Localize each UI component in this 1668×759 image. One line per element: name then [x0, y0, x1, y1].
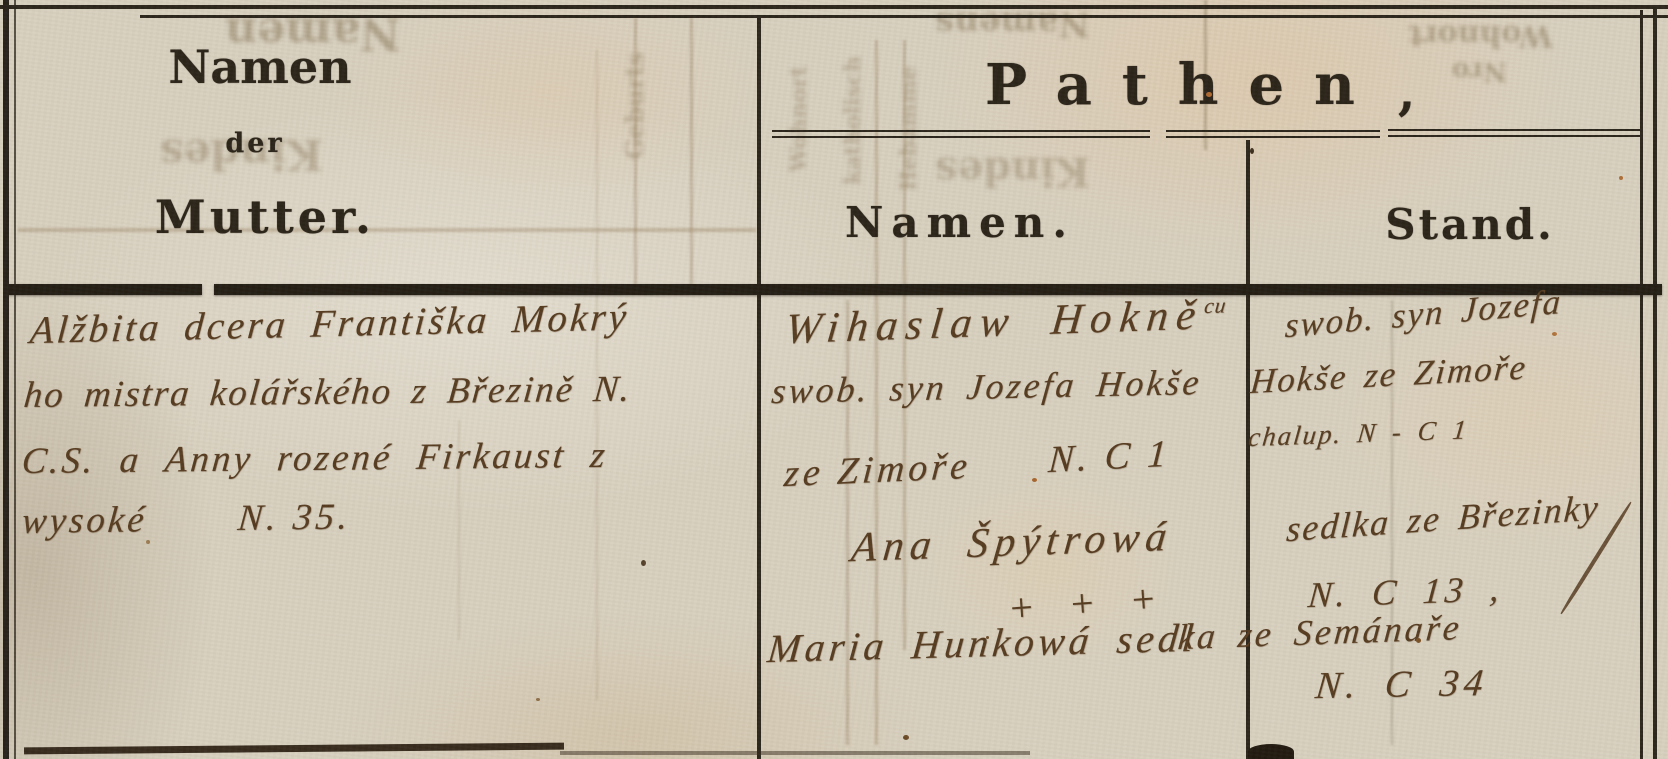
entry-stand-line-7: N. C 34 [1313, 661, 1490, 708]
godparent1-name-superscript: cu [1203, 293, 1228, 318]
bleedthrough-rule-vertical [690, 18, 693, 288]
paper-speck [903, 735, 909, 740]
entry-stand-line-6: ka ze Semánaře [1176, 606, 1463, 658]
entry-stand-line-2: Hokše ze Zimoře [1248, 347, 1528, 402]
entry-godparent1-status: swob. syn Jozefa Hokše [770, 361, 1204, 412]
header-bottom-rule-segment [8, 284, 202, 295]
entry-stand-line-3: chalup. N - C 1 [1247, 414, 1470, 453]
left-border-line-inner [14, 0, 16, 759]
paper-speck [536, 698, 540, 701]
column-subheader-stand: Stand. [1320, 200, 1620, 249]
entry-mother-line-4-housenumber: N. 35. [236, 495, 353, 540]
entry-mother-line-2: ho mistra kolářského z Březině N. [22, 368, 634, 417]
bleedthrough-ghost-text: Nro [1452, 56, 1507, 86]
paper-speck [1032, 478, 1037, 482]
next-row-ink-blob [1248, 744, 1294, 759]
bleedthrough-ghost-text-vertical: Hebamme [896, 66, 922, 191]
entry-mother-line-1: Alžbita dcera Františka Mokrý [28, 294, 631, 353]
right-border-line-outer [1653, 6, 1657, 759]
column-divider-mutter-pathen [757, 18, 761, 759]
bleedthrough-ghost-text-vertical: katholisch [840, 56, 866, 185]
row-bottom-rule-segment [24, 743, 564, 755]
column-header-mother-word1: Namen [130, 40, 390, 94]
paper-speck [641, 560, 646, 566]
entry-stand-line-4: sedlka ze Březinky [1285, 486, 1601, 550]
paper-speck [1552, 332, 1557, 336]
column-header-pathen-comma: , [1398, 62, 1415, 121]
top-border-line-inner [140, 15, 1668, 18]
bleedthrough-ghost-text-vertical: Wohnort [786, 66, 812, 172]
bleedthrough-rule-vertical [634, 18, 637, 288]
paper-speck [1416, 638, 1421, 643]
entry-godparent2-name: Ana Špýtrowá [849, 513, 1175, 572]
row-bottom-rule-segment [560, 751, 1030, 755]
column-header-mother-word2: der [130, 128, 380, 159]
right-border-line-inner [1640, 10, 1643, 759]
paper-speck [1619, 176, 1623, 180]
paper-speck [146, 540, 150, 544]
ink-stray-mark [1250, 148, 1254, 154]
entry-mother-line-3: C.S. a Anny rozené Firkaust z [20, 434, 610, 483]
bleedthrough-ghost-text: Wohnort [1408, 18, 1553, 53]
bleedthrough-ghost-text: Namens [935, 4, 1090, 44]
column-subheader-namen: Namen. [810, 198, 1110, 247]
column-header-pathen-title: Pathen [985, 52, 1385, 118]
pathen-underline-segment [1166, 130, 1380, 138]
entry-godparent1-place: ze Zimoře [783, 444, 973, 496]
entry-godparent1-housenumber: N. C 1 [1047, 432, 1172, 483]
pathen-underline-segment [1388, 129, 1640, 137]
left-border-line-outer [3, 0, 9, 759]
pathen-underline-segment [772, 130, 1150, 138]
paper-speck [1206, 92, 1212, 97]
register-page-scan: Namen Kindes Namens Kindes Wohnort Nro G… [0, 0, 1668, 759]
paper-speck [986, 636, 989, 639]
bleedthrough-rule-vertical [846, 300, 849, 745]
entry-godparent1-name: Wihaslaw Hokněcu [783, 290, 1228, 355]
bleedthrough-ghost-text: Kindes [935, 148, 1090, 195]
entry-godparent3-name: Maria Hunkowá sedl [765, 614, 1199, 672]
column-header-mother-word3: Mutter. [120, 190, 410, 244]
top-border-line-outer [0, 5, 1668, 9]
entry-mother-line-4-word: wysoké [20, 498, 149, 543]
